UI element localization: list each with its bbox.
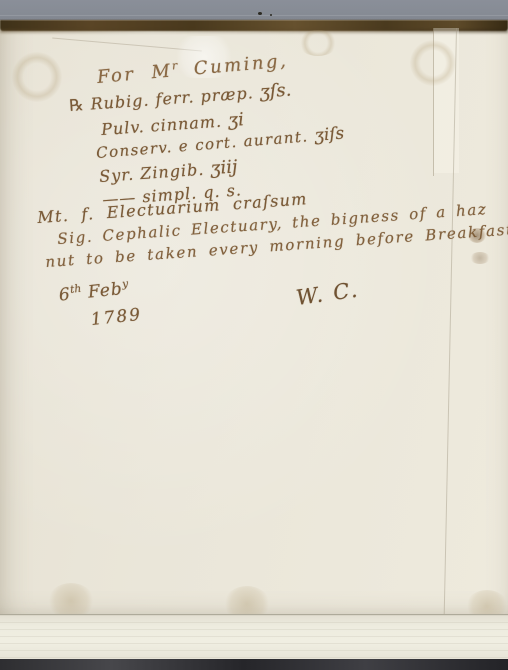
date-month: Feb	[81, 279, 124, 303]
quantity: ʒiij	[210, 156, 239, 179]
rx-symbol: ℞	[69, 95, 92, 115]
page-torn-edge	[0, 20, 508, 31]
quantity: ʒi	[227, 109, 244, 131]
background-bottom-band	[0, 659, 508, 670]
manuscript-photograph: For Mr Cuming, ℞Rubig. ferr. præp. ʒſs. …	[0, 0, 508, 670]
book-page-edges	[0, 614, 508, 661]
ink-blot	[468, 228, 486, 243]
date-month-suffix: y	[122, 278, 129, 291]
quantity: ʒiſs	[314, 123, 345, 145]
dust-speck	[258, 12, 262, 15]
dust-speck	[270, 14, 272, 16]
ink-smear	[470, 252, 490, 264]
quantity: ʒſs.	[259, 80, 292, 103]
